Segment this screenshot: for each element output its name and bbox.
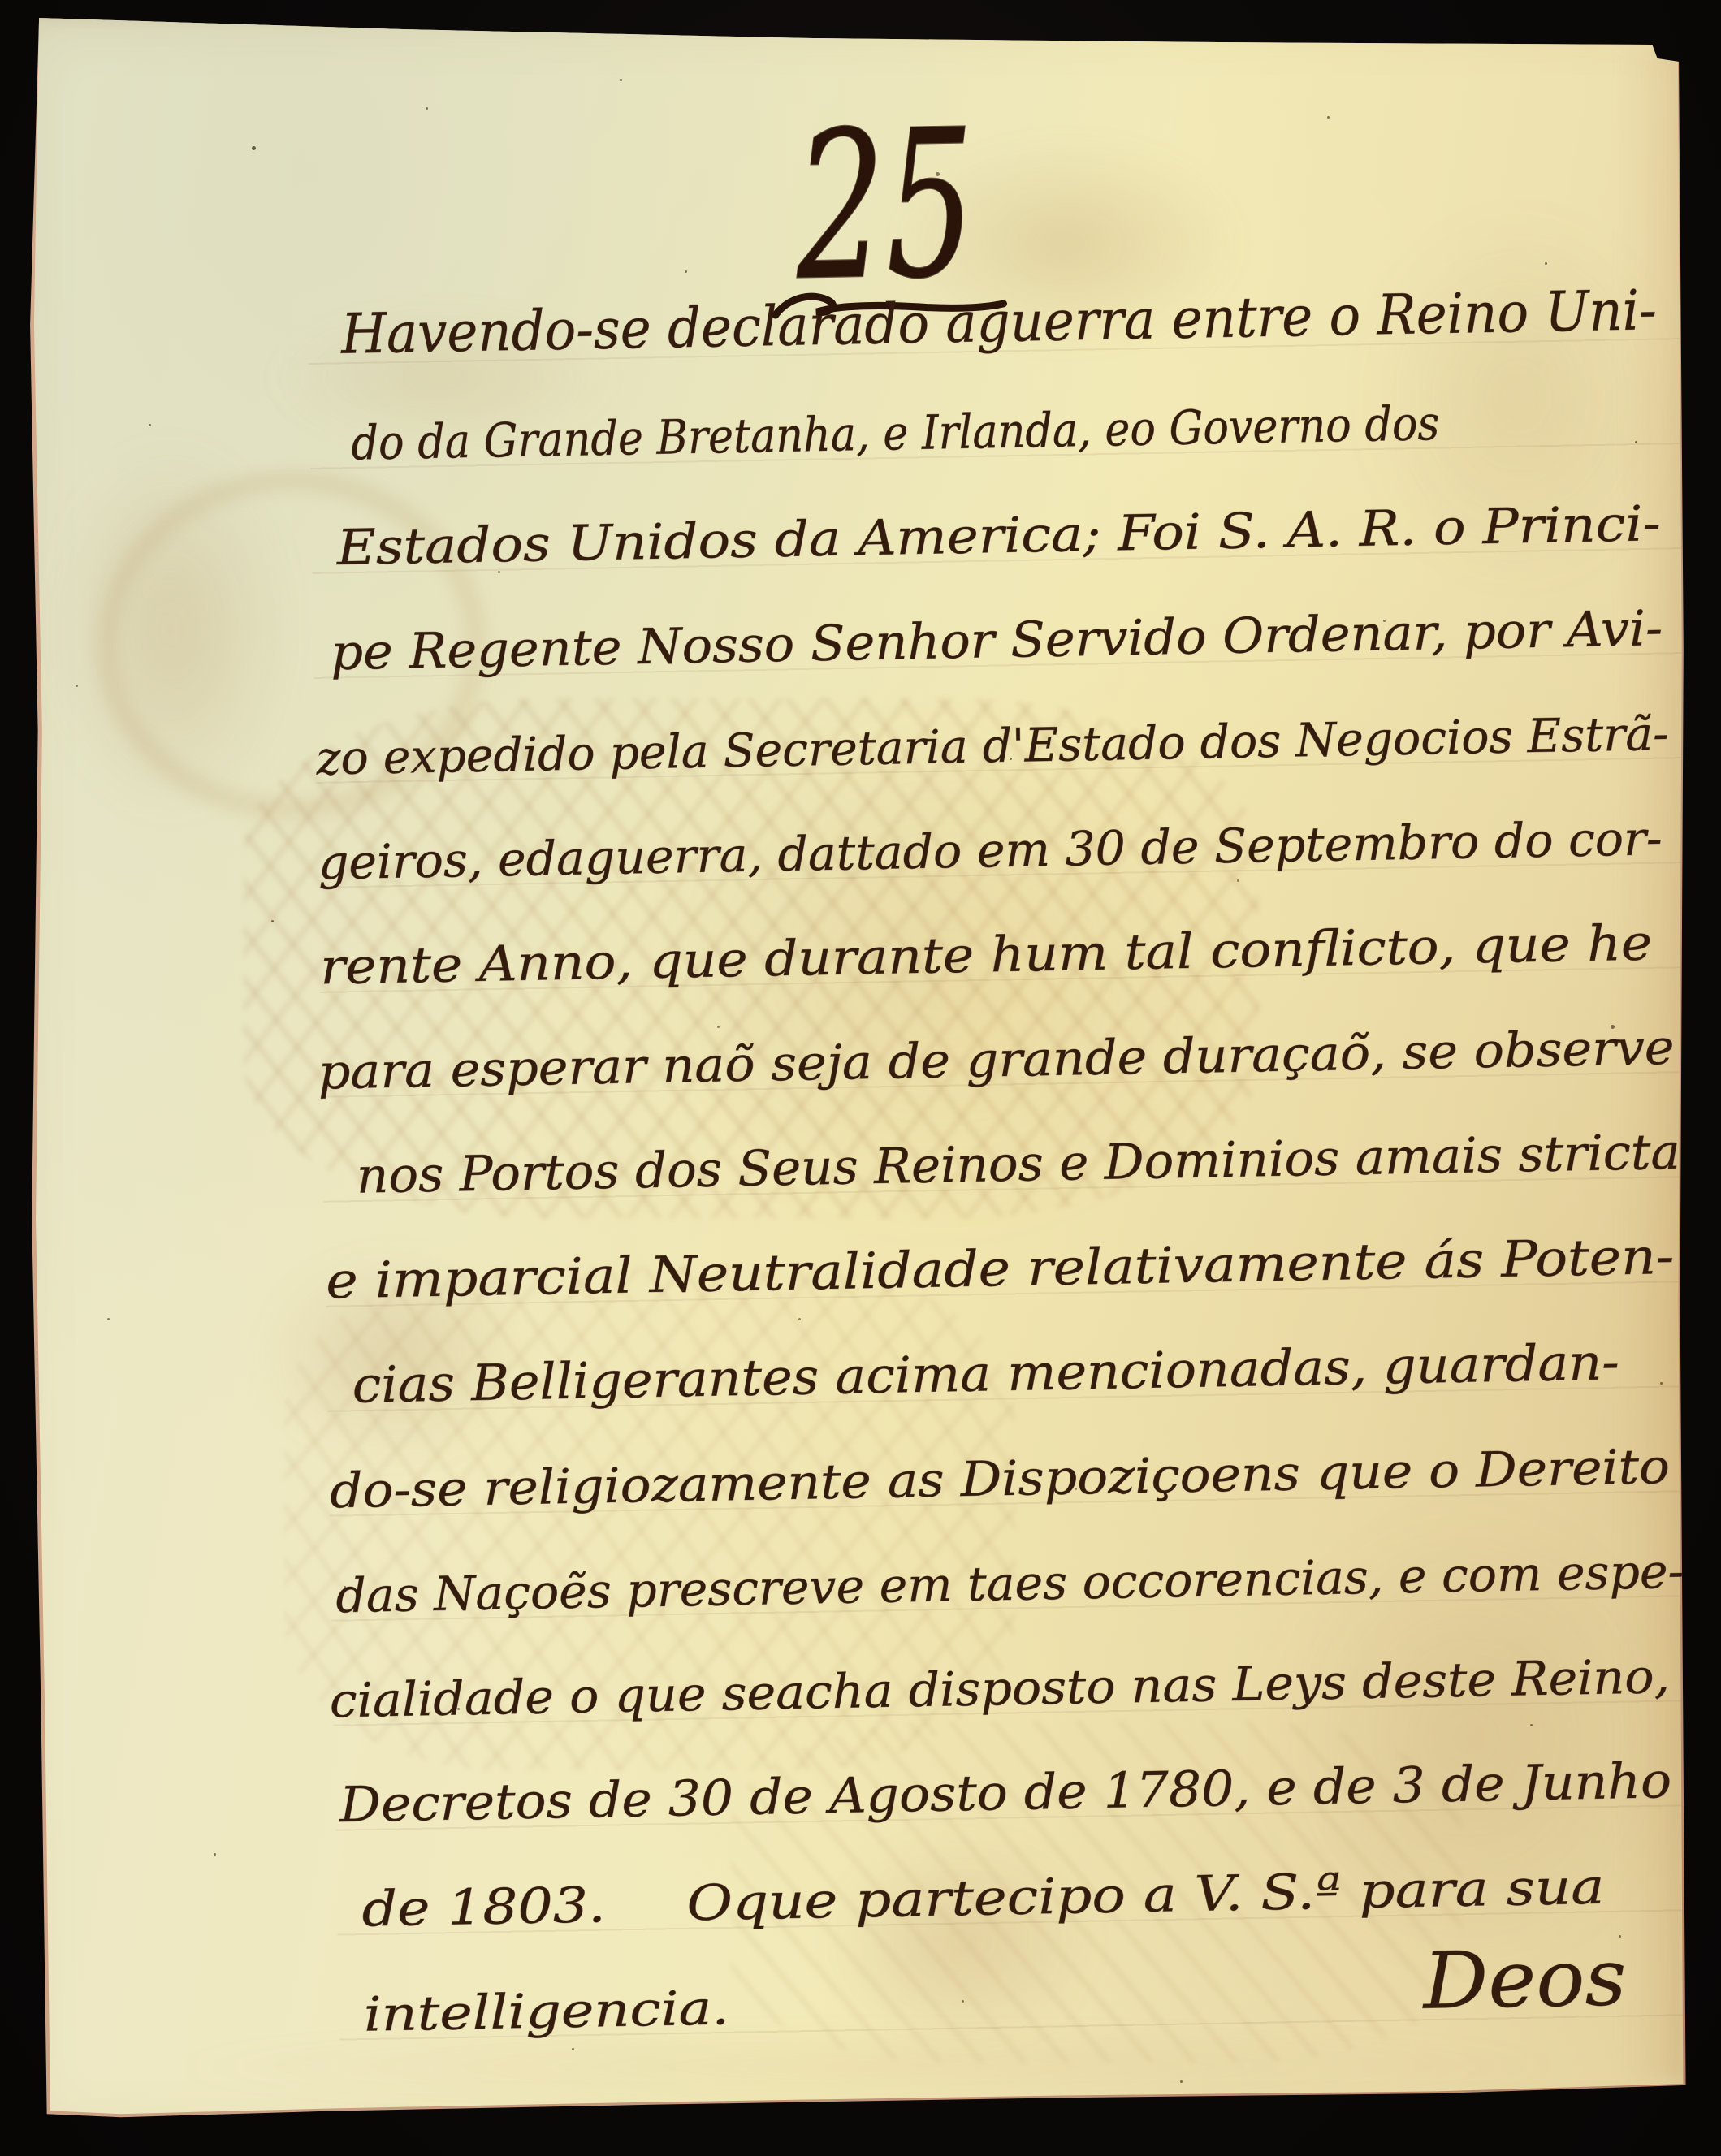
manuscript-line-10: e imparcial Neutralidade relativamente á… [326, 1228, 1675, 1310]
manuscript-svg: 25 Havendo-se declarado aguerra entre o … [0, 0, 1721, 2156]
manuscript-line-9: nos Portos dos Seus Reinos e Dominios am… [356, 1124, 1680, 1205]
manuscript-line-7: rente Anno, que durante hum tal conflict… [320, 914, 1653, 996]
manuscript-line-13: das Naçoẽs prescreve em taes occorencias… [335, 1544, 1684, 1623]
closing-word-deos: Deos [1420, 1932, 1627, 2027]
manuscript-line-3: Estados Unidos da America; Foi S. A. R. … [335, 495, 1661, 577]
manuscript-line-4: pe Regente Nosso Senhor Servido Ordenar,… [331, 600, 1663, 681]
line-16-left: de 1803. [361, 1877, 606, 1938]
page-number: 25 [793, 86, 977, 326]
manuscript-line-14: cialidade o que seacha disposto nas Leys… [329, 1648, 1670, 1728]
manuscript-line-15: Decretos de 30 de Agosto de 1780, e de 3… [339, 1752, 1672, 1834]
manuscript-line-1: Havendo-se declarado aguerra entre o Rei… [339, 279, 1657, 367]
line-16-right: Oque partecipo a V. S.ª para sua [686, 1859, 1605, 1933]
manuscript-line-6: geiros, edaguerra, dattado em 30 de Sept… [318, 810, 1663, 890]
manuscript-line-2: do da Grande Bretanha, e Irlanda, eo Gov… [351, 395, 1440, 471]
manuscript-line-11: cias Belligerantes acima mencionadas, gu… [352, 1333, 1619, 1415]
line-17-left: intelligencia. [363, 1980, 729, 2042]
manuscript-line-8: para esperar naõ seja de grande duraçaõ,… [318, 1019, 1675, 1100]
photo-background: 25 Havendo-se declarado aguerra entre o … [0, 0, 1721, 2156]
manuscript-line-12: do-se religiozamente as Dispoziçoens que… [330, 1438, 1671, 1519]
manuscript-line-5: zo expedido pela Secretaria d'Estado dos… [315, 707, 1669, 786]
